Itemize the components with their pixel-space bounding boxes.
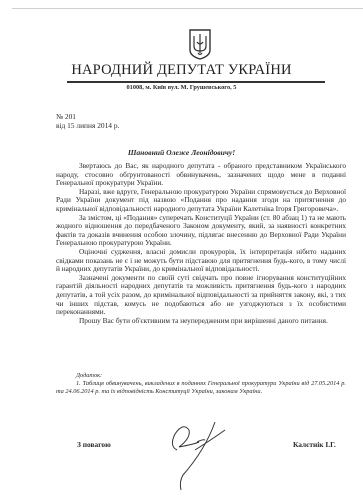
closing-regards: З повагою [77,440,111,449]
attachments: Додаток: 1. Таблиця обвинувачень, виклад… [56,372,346,397]
attachments-heading: Додаток: [56,372,346,380]
scan-edge-line [12,8,363,9]
trident-emblem-icon [188,29,212,60]
reference-block: № 201 від 15 липня 2014 р. [56,112,119,130]
attachment-item: 1. Таблиця обвинувачень, викладених в по… [56,380,346,396]
reference-date: від 15 липня 2014 р. [56,121,119,130]
paragraph: Наразі, вже вдруге, Генеральною прокурат… [56,188,346,214]
letterhead-divider [67,81,325,83]
reference-number: № 201 [56,112,119,121]
letterhead-address: 01008, м. Київ вул. М. Грушевського, 5 [0,84,363,91]
salutation: Шановний Олеже Леонідовичу! [0,148,363,157]
letterhead-title: НАРОДНИЙ ДЕПУТАТ УКРАЇНИ [0,62,363,79]
signer-name: Калєтнік І.Г. [293,440,336,449]
paragraph: За змістом, ці «Подання» суперечать Конс… [56,214,346,248]
paragraph: Звертаюсь до Вас, як народного депутата … [56,162,346,188]
paragraph: Оціночні судження, власні домисли прокур… [56,248,346,274]
paragraph: Зазначені документи по своїй суті свідча… [56,274,346,317]
signature-icon [165,420,245,495]
letter-body: Звертаюсь до Вас, як народного депутата … [56,162,346,325]
paragraph: Прошу Вас бути об'єктивним та неупередже… [56,317,346,326]
